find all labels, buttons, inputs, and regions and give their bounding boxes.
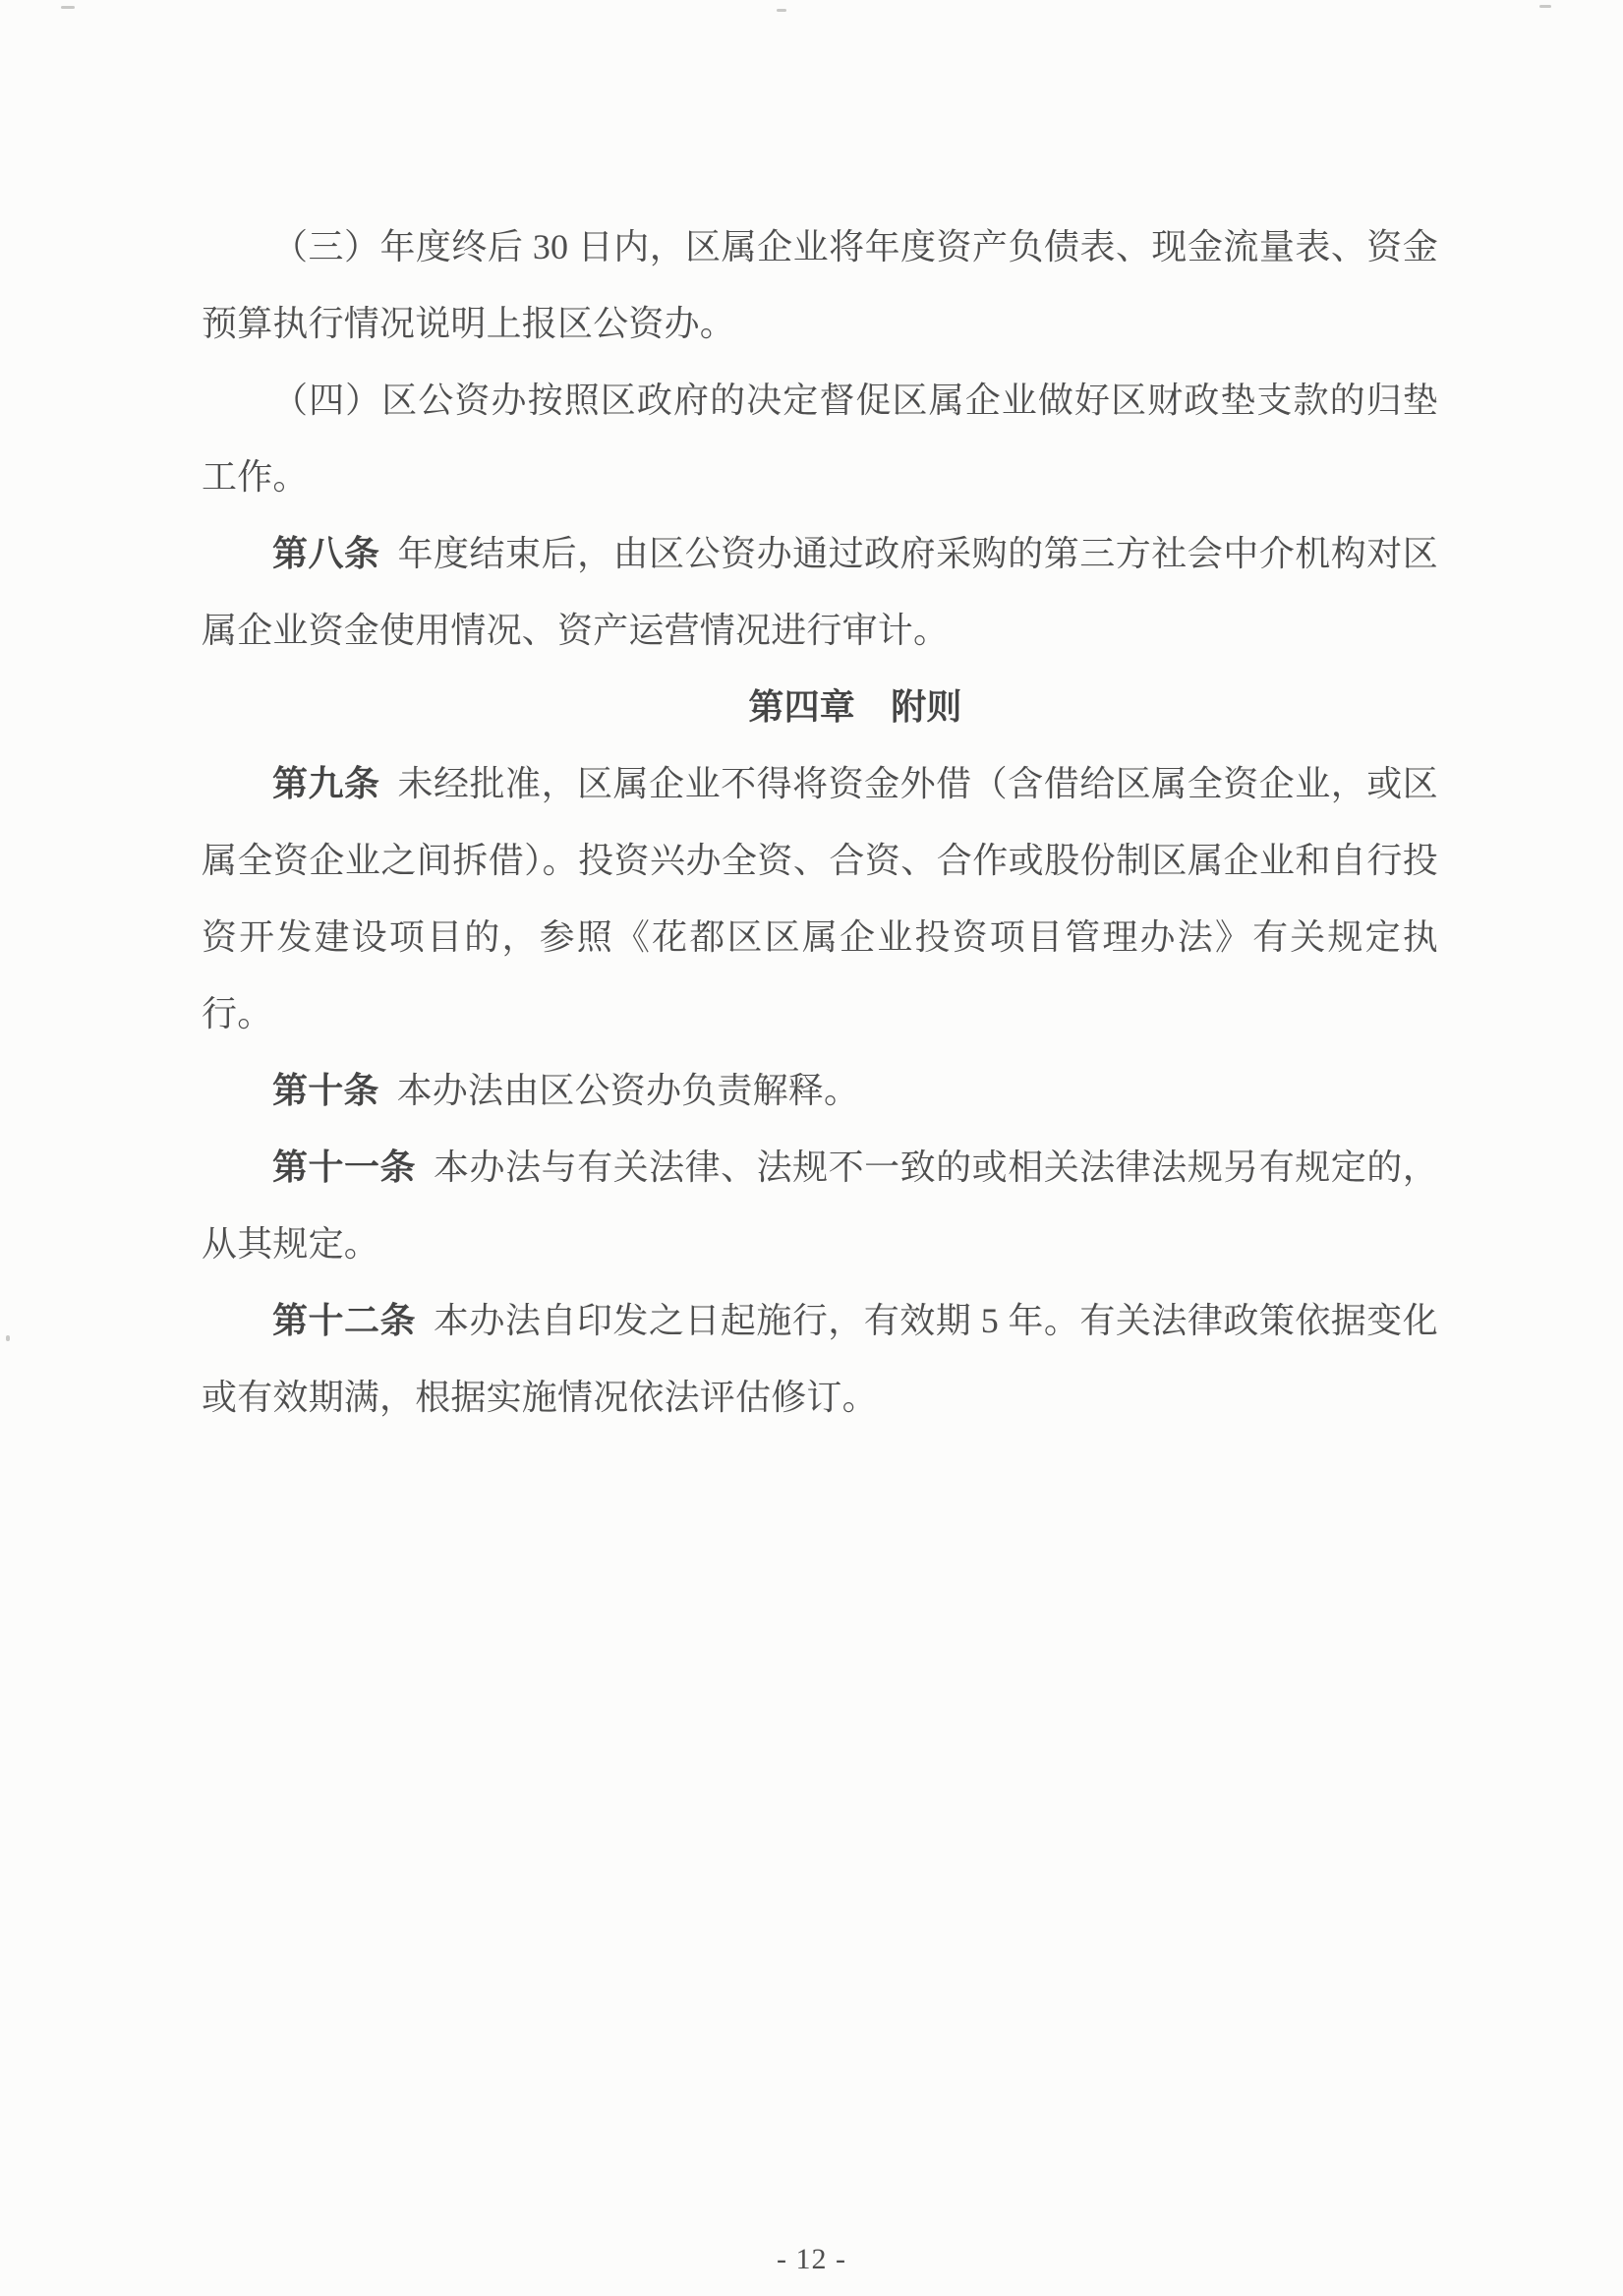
- article-number: 第九条: [272, 764, 380, 803]
- paragraph-text: 年度结束后，由区公资办通过政府采购的第三方社会中介机构对区属企业资金使用情况、资…: [202, 534, 1438, 650]
- paragraph-text: （四）区公资办按照区政府的决定督促区属企业做好区财政垫支款的归垫工作。: [202, 381, 1438, 497]
- paragraph-item-4: （四）区公资办按照区政府的决定督促区属企业做好区财政垫支款的归垫工作。: [202, 362, 1438, 515]
- scan-artifact: [777, 9, 786, 12]
- paragraph-text: 未经批准，区属企业不得将资金外借（含借给区属全资企业，或区属全资企业之间拆借）。…: [202, 764, 1438, 1033]
- paragraph-text: 本办法由区公资办负责解释。: [397, 1071, 860, 1110]
- article-number: 第十条: [272, 1071, 379, 1110]
- document-page: （三）年度终后 30 日内，区属企业将年度资产负债表、现金流量表、资金预算执行情…: [0, 0, 1623, 2296]
- scan-artifact: [61, 6, 75, 9]
- paragraph-text: （三）年度终后 30 日内，区属企业将年度资产负债表、现金流量表、资金预算执行情…: [202, 227, 1438, 343]
- paragraph-article-10: 第十条本办法由区公资办负责解释。: [202, 1052, 1438, 1129]
- article-number: 第八条: [272, 534, 380, 573]
- paragraph-item-3: （三）年度终后 30 日内，区属企业将年度资产负债表、现金流量表、资金预算执行情…: [202, 208, 1438, 362]
- page-number: - 12 -: [0, 2243, 1623, 2276]
- article-number: 第十二条: [272, 1301, 416, 1340]
- article-number: 第十一条: [272, 1148, 416, 1187]
- paragraph-article-12: 第十二条本办法自印发之日起施行，有效期 5 年。有关法律政策依据变化或有效期满，…: [202, 1282, 1438, 1436]
- paragraph-article-11: 第十一条本办法与有关法律、法规不一致的或相关法律法规另有规定的，从其规定。: [202, 1129, 1438, 1282]
- scan-artifact: [1539, 5, 1551, 8]
- chapter-heading: 第四章 附则: [202, 669, 1438, 745]
- paragraph-article-9: 第九条未经批准，区属企业不得将资金外借（含借给区属全资企业，或区属全资企业之间拆…: [202, 745, 1438, 1052]
- scan-artifact: [6, 1335, 10, 1341]
- paragraph-article-8: 第八条年度结束后，由区公资办通过政府采购的第三方社会中介机构对区属企业资金使用情…: [202, 515, 1438, 669]
- document-body: （三）年度终后 30 日内，区属企业将年度资产负债表、现金流量表、资金预算执行情…: [202, 208, 1438, 1436]
